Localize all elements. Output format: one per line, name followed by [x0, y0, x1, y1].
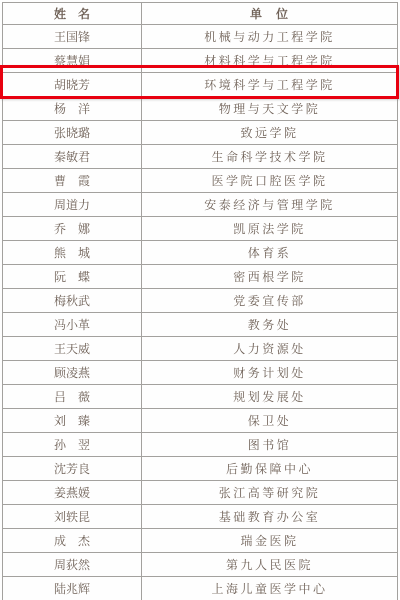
- document-page: 姓 名 单 位 王国锋 机械与动力工程学院 蔡慧娟 材料科学与工程学院 胡晓芳 …: [0, 0, 400, 600]
- table-row: 周道力 安泰经济与管理学院: [3, 193, 398, 217]
- table-row: 张晓璐 致远学院: [3, 121, 398, 145]
- unit-cell: 上海儿童医学中心: [142, 577, 398, 600]
- name-cell: 姜燕媛: [3, 481, 142, 505]
- table-row: 王国锋 机械与动力工程学院: [3, 25, 398, 49]
- table-row: 周荻然 第九人民医院: [3, 553, 398, 577]
- table-row: 姜燕媛 张江高等研究院: [3, 481, 398, 505]
- roster-table: 姓 名 单 位 王国锋 机械与动力工程学院 蔡慧娟 材料科学与工程学院 胡晓芳 …: [2, 2, 398, 600]
- unit-cell: 材料科学与工程学院: [142, 49, 398, 73]
- unit-cell: 凯原法学院: [142, 217, 398, 241]
- unit-column-header: 单 位: [142, 3, 398, 25]
- name-cell: 刘 臻: [3, 409, 142, 433]
- name-cell: 周荻然: [3, 553, 142, 577]
- name-cell: 乔 娜: [3, 217, 142, 241]
- unit-cell: 密西根学院: [142, 265, 398, 289]
- table-header-row: 姓 名 单 位: [3, 3, 398, 25]
- unit-cell: 人力资源处: [142, 337, 398, 361]
- table-row: 王天威 人力资源处: [3, 337, 398, 361]
- name-cell: 陆兆辉: [3, 577, 142, 600]
- table-row: 胡晓芳 环境科学与工程学院: [3, 73, 398, 97]
- table-row: 乔 娜 凯原法学院: [3, 217, 398, 241]
- table-row: 梅秋武 党委宣传部: [3, 289, 398, 313]
- unit-cell: 安泰经济与管理学院: [142, 193, 398, 217]
- name-cell: 王国锋: [3, 25, 142, 49]
- name-cell: 胡晓芳: [3, 73, 142, 97]
- table-body: 王国锋 机械与动力工程学院 蔡慧娟 材料科学与工程学院 胡晓芳 环境科学与工程学…: [3, 25, 398, 600]
- unit-cell: 生命科学技术学院: [142, 145, 398, 169]
- name-cell: 吕 薇: [3, 385, 142, 409]
- table-row: 阮 蝶 密西根学院: [3, 265, 398, 289]
- unit-cell: 环境科学与工程学院: [142, 73, 398, 97]
- unit-cell: 致远学院: [142, 121, 398, 145]
- unit-cell: 图书馆: [142, 433, 398, 457]
- unit-cell: 教务处: [142, 313, 398, 337]
- unit-cell: 物理与天文学院: [142, 97, 398, 121]
- table-row: 冯小革 教务处: [3, 313, 398, 337]
- name-cell: 杨 洋: [3, 97, 142, 121]
- name-cell: 熊 城: [3, 241, 142, 265]
- table-row: 成 杰 瑞金医院: [3, 529, 398, 553]
- unit-cell: 体育系: [142, 241, 398, 265]
- name-cell: 沈芳良: [3, 457, 142, 481]
- table-row: 蔡慧娟 材料科学与工程学院: [3, 49, 398, 73]
- name-cell: 梅秋武: [3, 289, 142, 313]
- name-cell: 孙 翌: [3, 433, 142, 457]
- unit-cell: 基础教育办公室: [142, 505, 398, 529]
- name-cell: 秦敏君: [3, 145, 142, 169]
- unit-cell: 第九人民医院: [142, 553, 398, 577]
- unit-cell: 张江高等研究院: [142, 481, 398, 505]
- unit-cell: 财务计划处: [142, 361, 398, 385]
- unit-cell: 党委宣传部: [142, 289, 398, 313]
- name-cell: 蔡慧娟: [3, 49, 142, 73]
- table-row: 秦敏君 生命科学技术学院: [3, 145, 398, 169]
- table-row: 杨 洋 物理与天文学院: [3, 97, 398, 121]
- name-cell: 阮 蝶: [3, 265, 142, 289]
- name-cell: 王天威: [3, 337, 142, 361]
- table-row: 曹 霞 医学院口腔医学院: [3, 169, 398, 193]
- table-row: 吕 薇 规划发展处: [3, 385, 398, 409]
- name-cell: 冯小革: [3, 313, 142, 337]
- table-row: 孙 翌 图书馆: [3, 433, 398, 457]
- name-cell: 顾凌燕: [3, 361, 142, 385]
- name-cell: 曹 霞: [3, 169, 142, 193]
- table-row: 熊 城 体育系: [3, 241, 398, 265]
- name-cell: 张晓璐: [3, 121, 142, 145]
- unit-cell: 医学院口腔医学院: [142, 169, 398, 193]
- unit-cell: 保卫处: [142, 409, 398, 433]
- table-row: 刘 臻 保卫处: [3, 409, 398, 433]
- unit-cell: 机械与动力工程学院: [142, 25, 398, 49]
- table-row: 顾凌燕 财务计划处: [3, 361, 398, 385]
- table-row: 沈芳良 后勤保障中心: [3, 457, 398, 481]
- table-row: 刘轶昆 基础教育办公室: [3, 505, 398, 529]
- name-cell: 成 杰: [3, 529, 142, 553]
- unit-cell: 瑞金医院: [142, 529, 398, 553]
- name-cell: 周道力: [3, 193, 142, 217]
- name-column-header: 姓 名: [3, 3, 142, 25]
- unit-cell: 后勤保障中心: [142, 457, 398, 481]
- unit-cell: 规划发展处: [142, 385, 398, 409]
- name-cell: 刘轶昆: [3, 505, 142, 529]
- table-row: 陆兆辉 上海儿童医学中心: [3, 577, 398, 600]
